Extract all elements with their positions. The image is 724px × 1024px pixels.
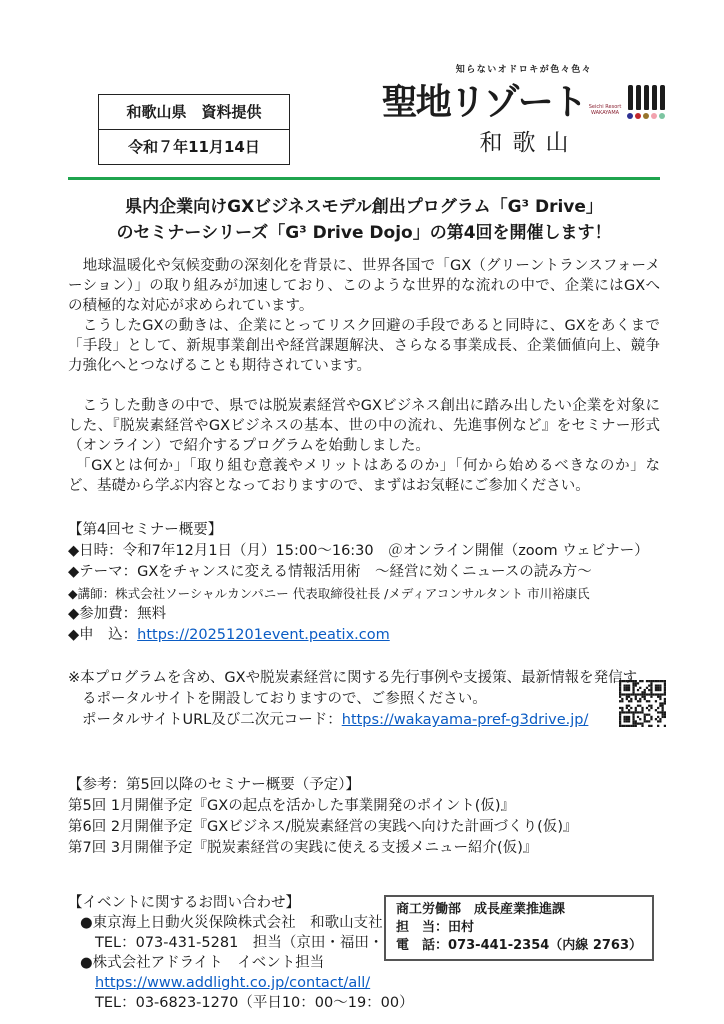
portal-link[interactable]: https://wakayama-pref-g3drive.jp/: [342, 712, 589, 728]
portal-note-line-2: るポータルサイトを開設しておりますので、ご参照ください。: [68, 689, 660, 710]
seminar-heading: 【第4回セミナー概要】: [68, 520, 660, 541]
exclamation-mark: [651, 85, 657, 119]
seminar-apply-label: ◆申 込：: [68, 627, 137, 643]
seminar-overview-section: 【第4回セミナー概要】 ◆日時：令和7年12月1日（月）15:00～16:30 …: [68, 520, 660, 646]
seminar-theme: ◆テーマ：GXをチャンスに変える情報活用術 ～経営に効くニュースの読み方～: [68, 562, 660, 583]
portal-url-label: ポータルサイトURL及び二次元コード：: [82, 712, 342, 728]
exclamation-mark: [635, 85, 641, 119]
apply-link[interactable]: https://20251201event.peatix.com: [137, 627, 390, 643]
exclamation-mark: [627, 85, 633, 119]
portal-note-section: ※本プログラムを含め、GXや脱炭素経営に関する先行事例や支援策、最新情報を発信す…: [68, 668, 660, 731]
green-divider: [68, 177, 660, 180]
logo-region-text: 和歌山: [388, 124, 660, 157]
exclamation-mark: [659, 85, 665, 119]
title-line-2: のセミナーシリーズ「G³ Drive Dojo」の第4回を開催します！: [68, 220, 660, 246]
logo-en-line2: WAKAYAMA: [591, 110, 619, 117]
department-contact-box: 商工労働部 成長産業推進課 担 当：田村 電 話：073-441-2354（内線…: [384, 895, 654, 961]
portal-url-line: ポータルサイトURL及び二次元コード：https://wakayama-pref…: [68, 710, 660, 731]
logo-catchcopy: 知らないオドロキが色々色々: [388, 62, 660, 75]
paragraph-1: 地球温暖化や気候変動の深刻化を背景に、世界各国で「GX（グリーントランスフォーメ…: [68, 256, 660, 316]
addlight-contact-link[interactable]: https://www.addlight.co.jp/contact/all/: [95, 975, 370, 991]
logo-english-subtitle: Seichi Resort WAKAYAMA: [589, 104, 622, 117]
exclamation-mark: [643, 85, 649, 119]
title-line-1: 県内企業向けGXビジネスモデル創出プログラム「G³ Drive」: [68, 194, 660, 220]
future-seminars-section: 【参考：第5回以降のセミナー概要（予定）】 第5回 1月開催予定『GXの起点を活…: [68, 775, 660, 859]
department-name: 商工労働部 成長産業推進課: [396, 901, 642, 919]
portal-note-line-1: ※本プログラムを含め、GXや脱炭素経営に関する先行事例や支援策、最新情報を発信す: [68, 668, 660, 689]
paragraph-4: 「GXとは何か」「取り組む意義やメリットはあるのか」「何から始めるべきなのか」な…: [68, 456, 660, 496]
qr-code: [619, 680, 666, 727]
logo-main: 聖地リゾート Seichi Resort WAKAYAMA: [388, 84, 660, 120]
reference-heading: 【参考：第5回以降のセミナー概要（予定）】: [68, 775, 660, 796]
paragraph-3: こうした動きの中で、県では脱炭素経営やGXビジネス創出に踏み出したい企業を対象に…: [68, 396, 660, 456]
release-date: 令和７年11月14日: [99, 130, 289, 164]
seminar-datetime: ◆日時：令和7年12月1日（月）15:00～16:30 ＠オンライン開催（zoo…: [68, 541, 660, 562]
source-label: 和歌山県 資料提供: [99, 95, 289, 130]
body-text: 地球温暖化や気候変動の深刻化を背景に、世界各国で「GX（グリーントランスフォーメ…: [68, 256, 660, 496]
seminar-7-item: 第7回 3月開催予定『脱炭素経営の実践に使える支援メニュー紹介(仮)』: [68, 838, 660, 859]
wakayama-logo: 知らないオドロキが色々色々 聖地リゾート Seichi Resort WAKAY…: [388, 60, 660, 157]
department-person: 担 当：田村: [396, 919, 642, 937]
source-info-box: 和歌山県 資料提供 令和７年11月14日: [98, 94, 290, 165]
paragraph-2: こうしたGXの動きは、企業にとってリスク回避の手段であると同時に、GXをあくまで…: [68, 316, 660, 376]
header: 和歌山県 資料提供 令和７年11月14日 知らないオドロキが色々色々 聖地リゾー…: [68, 60, 660, 165]
seminar-apply-line: ◆申 込：https://20251201event.peatix.com: [68, 625, 660, 646]
contact-org2-url-line: https://www.addlight.co.jp/contact/all/: [68, 973, 660, 993]
contact-org2-tel: TEL：03-6823-1270（平日10：00～19：00）: [68, 993, 660, 1013]
seminar-lecturer: ◆講師：株式会社ソーシャルカンパニー 代表取締役社長 /メディアコンサルタント …: [68, 583, 660, 604]
press-release-page: 和歌山県 資料提供 令和７年11月14日 知らないオドロキが色々色々 聖地リゾー…: [0, 0, 724, 1024]
seminar-5-item: 第5回 1月開催予定『GXの起点を活かした事業開発のポイント(仮)』: [68, 796, 660, 817]
logo-title-text: 聖地リゾート: [382, 84, 586, 120]
document-title: 県内企業向けGXビジネスモデル創出プログラム「G³ Drive」 のセミナーシリ…: [68, 194, 660, 246]
seminar-6-item: 第6回 2月開催予定『GXビジネス/脱炭素経営の実践へ向けた計画づくり(仮)』: [68, 817, 660, 838]
logo-exclamation-marks: [626, 85, 666, 119]
department-phone: 電 話：073-441-2354（内線 2763）: [396, 937, 642, 955]
seminar-fee: ◆参加費：無料: [68, 604, 660, 625]
